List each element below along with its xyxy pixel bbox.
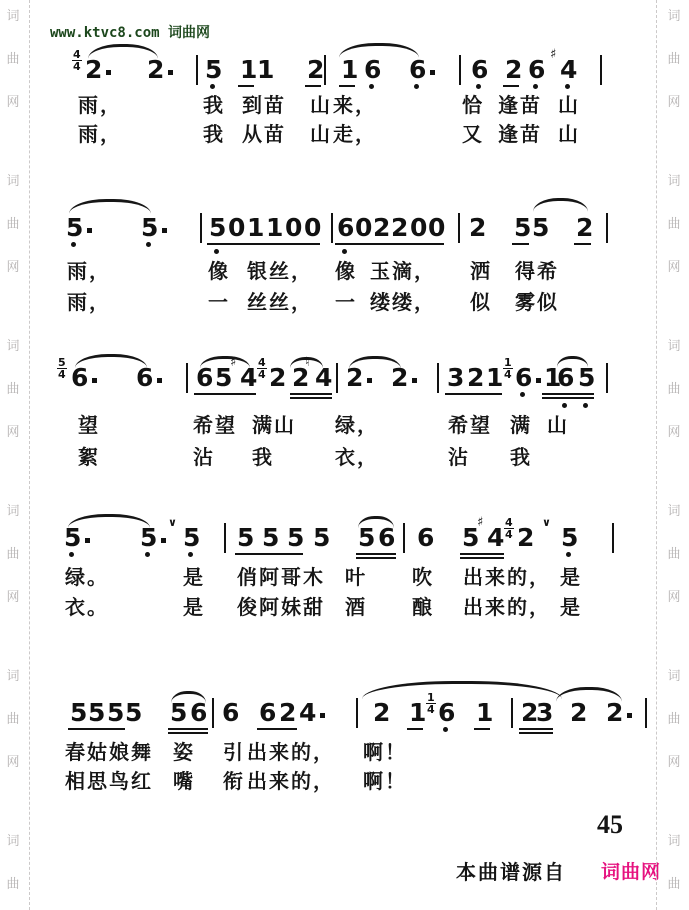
jianpu-note: 6: [196, 366, 213, 390]
jianpu-note: 5: [237, 526, 254, 550]
jianpu-note: 2: [391, 216, 408, 240]
border-watermark-char: 网: [666, 751, 682, 770]
bar-line: [186, 363, 188, 393]
beam-line: [68, 728, 125, 730]
border-watermark-char: 词: [666, 500, 682, 519]
lyric-text: 缕缕，: [370, 292, 436, 314]
lyric-text: 似: [470, 292, 492, 314]
lyric-text: 一: [208, 292, 230, 314]
augmentation-dot: [162, 228, 167, 233]
lyric-text: 从苗: [242, 124, 286, 146]
border-watermark-char: 曲: [5, 48, 21, 67]
jianpu-note: 3: [536, 701, 553, 725]
lyric-text: 走，: [333, 124, 377, 146]
bar-line: [224, 523, 226, 553]
low-octave-dot: [369, 84, 374, 89]
jianpu-note: 6: [471, 58, 488, 82]
sheet-music-page: www.ktvc8.com 词曲网 45 本曲谱源自 词曲网 词词曲曲网网词词曲…: [0, 0, 689, 910]
border-watermark-char: 曲: [5, 873, 21, 892]
jianpu-note: 6: [528, 58, 545, 82]
border-watermark-char: 词: [5, 830, 21, 849]
bar-line: [612, 523, 614, 553]
jianpu-note: 1: [409, 701, 426, 725]
jianpu-note: 5: [141, 216, 167, 240]
jianpu-note: 6: [71, 366, 97, 390]
lyric-text: 我: [203, 124, 225, 146]
slur-arc: [88, 44, 158, 59]
jianpu-note: ♯4: [487, 526, 504, 550]
border-dashed-line-left: [29, 0, 30, 910]
jianpu-note: 5: [532, 216, 549, 240]
jianpu-note: 1: [266, 216, 283, 240]
lyric-text: 叶: [345, 567, 367, 589]
beam-line: [512, 243, 529, 245]
bar-line: [324, 55, 326, 85]
jianpu-note: 5: [64, 526, 90, 550]
bar-line: [200, 213, 202, 243]
beam-line: [503, 85, 519, 87]
lyric-text: 俊阿妹甜: [237, 597, 325, 619]
jianpu-note: ♯4: [240, 366, 257, 390]
lyric-text: 出来的，: [463, 567, 551, 589]
lyric-text: 出来的，: [247, 742, 335, 764]
bar-line: [458, 213, 460, 243]
lyric-text: 山: [558, 124, 580, 146]
lyric-text: 酿: [412, 597, 434, 619]
border-watermark-char: 词: [666, 170, 682, 189]
lyric-text: 山: [310, 95, 332, 117]
lyric-text: 希望: [193, 415, 237, 437]
jianpu-note: 2: [517, 526, 534, 550]
lyric-text: 絮: [78, 447, 100, 469]
slur-arc: [349, 356, 401, 369]
border-watermark-char: 曲: [5, 213, 21, 232]
lyric-text: 雨，: [78, 124, 122, 146]
low-octave-dot: [146, 242, 151, 247]
lyric-text: 雨，: [67, 261, 111, 283]
border-watermark-char: 曲: [666, 708, 682, 727]
lyric-text: 是: [183, 567, 205, 589]
beam-line: [445, 393, 502, 395]
low-octave-dot: [214, 249, 219, 254]
jianpu-note: 0: [428, 216, 445, 240]
slur-arc: [362, 681, 562, 699]
slur-arc: [200, 356, 250, 368]
jianpu-note: 0: [410, 216, 427, 240]
border-watermark-char: 曲: [5, 708, 21, 727]
border-watermark-char: 词: [5, 335, 21, 354]
lyric-text: 逢苗: [498, 124, 542, 146]
lyric-text: 山: [558, 95, 580, 117]
jianpu-note: 2: [391, 366, 417, 390]
lyric-text: 我: [203, 95, 225, 117]
beam-line: [238, 85, 254, 87]
beam-line: [235, 553, 303, 555]
lyric-text: 我: [252, 447, 274, 469]
augmentation-dot: [367, 378, 372, 383]
jianpu-note: 2: [467, 366, 484, 390]
lyric-text: 洒: [470, 261, 492, 283]
jianpu-note: 5: [140, 526, 166, 550]
page-number: 45: [597, 810, 623, 840]
bar-line: [511, 698, 513, 728]
jianpu-note: 6: [259, 701, 276, 725]
jianpu-note: 5: [183, 526, 200, 550]
low-octave-dot: [188, 552, 193, 557]
beam-line: [207, 243, 320, 245]
lyric-text: 到苗: [242, 95, 286, 117]
jianpu-note: 5: [358, 526, 375, 550]
jianpu-note: 2: [576, 216, 593, 240]
jianpu-note: 5: [107, 701, 124, 725]
beam-line: [257, 728, 297, 730]
bar-line: [645, 698, 647, 728]
augmentation-dot: [92, 378, 97, 383]
lyric-text: 吹: [412, 567, 434, 589]
bar-line: [606, 213, 608, 243]
beam-line: [519, 728, 553, 734]
lyric-text: 是: [560, 567, 582, 589]
lyric-text: 又: [462, 124, 484, 146]
low-octave-dot: [342, 249, 347, 254]
time-signature-denominator: 4: [258, 370, 266, 379]
jianpu-note: 5: [66, 216, 92, 240]
jianpu-note: 2: [373, 701, 390, 725]
low-octave-dot: [414, 84, 419, 89]
bar-line: [437, 363, 439, 393]
lyric-text: 姿: [173, 742, 195, 764]
breath-mark: ∨: [542, 516, 551, 529]
beam-line: [407, 728, 423, 730]
border-watermark-char: 网: [5, 91, 21, 110]
low-octave-dot: [562, 403, 567, 408]
lyric-text: 春姑娘舞: [65, 742, 153, 764]
jianpu-note: 2: [570, 701, 587, 725]
accidental-sign: ♯: [477, 517, 483, 529]
jianpu-note: 5: [514, 216, 531, 240]
lyric-text: 像: [208, 261, 230, 283]
slur-arc: [171, 691, 206, 703]
augmentation-dot: [627, 713, 632, 718]
time-signature-denominator: 4: [504, 370, 512, 379]
jianpu-note: 6: [337, 216, 354, 240]
lyric-text: 雨，: [78, 95, 122, 117]
low-octave-dot: [533, 84, 538, 89]
lyric-text: 恰: [462, 95, 484, 117]
border-watermark-char: 曲: [5, 543, 21, 562]
augmentation-dot: [85, 538, 90, 543]
jianpu-note: 6: [417, 526, 434, 550]
jianpu-note: 6: [515, 366, 541, 390]
jianpu-note: 5: [561, 526, 578, 550]
time-signature: 44: [504, 518, 514, 539]
augmentation-dot: [157, 378, 162, 383]
jianpu-note: 5: [205, 58, 222, 82]
border-watermark-char: 曲: [666, 378, 682, 397]
jianpu-note: ♮4: [315, 366, 332, 390]
bar-line: [356, 698, 358, 728]
jianpu-note: 5: [287, 526, 304, 550]
beam-line: [168, 728, 208, 734]
border-watermark-char: 曲: [666, 543, 682, 562]
bar-line: [212, 698, 214, 728]
footer-source-label: 本曲谱源自: [456, 856, 566, 885]
augmentation-dot: [320, 713, 325, 718]
beam-line: [460, 553, 504, 559]
jianpu-note: 6: [409, 58, 435, 82]
lyric-text: 丝丝，: [247, 292, 313, 314]
border-watermark-char: 曲: [5, 378, 21, 397]
border-watermark-char: 网: [666, 586, 682, 605]
jianpu-note: 4: [299, 701, 325, 725]
beam-line: [194, 393, 256, 395]
jianpu-note: 6: [364, 58, 381, 82]
jianpu-note: 1: [476, 701, 493, 725]
lyric-text: 酒: [345, 597, 367, 619]
lyric-text: 希望: [448, 415, 492, 437]
lyric-text: 嘴: [173, 771, 195, 793]
border-dashed-line-right: [656, 0, 657, 910]
jianpu-note: 0: [304, 216, 321, 240]
border-watermark-char: 词: [666, 665, 682, 684]
jianpu-note: 5: [313, 526, 330, 550]
jianpu-note: 2: [307, 58, 324, 82]
beam-line: [356, 553, 396, 559]
footer-site-link[interactable]: 词曲网: [601, 857, 661, 884]
border-watermark-char: 网: [5, 421, 21, 440]
lyric-text: 望: [78, 415, 100, 437]
lyric-text: 玉滴，: [370, 261, 436, 283]
border-watermark-char: 曲: [666, 213, 682, 232]
augmentation-dot: [168, 70, 173, 75]
lyric-text: 逢苗: [498, 95, 542, 117]
low-octave-dot: [583, 403, 588, 408]
lyric-text: 得希: [515, 261, 559, 283]
lyric-text: 啊！: [363, 742, 407, 764]
lyric-text: 一: [335, 292, 357, 314]
jianpu-note: 2: [279, 701, 296, 725]
slur-arc: [290, 357, 323, 368]
border-watermark-char: 词: [5, 665, 21, 684]
beam-line: [339, 85, 355, 87]
lyric-text: 衔: [223, 771, 245, 793]
slur-arc: [358, 516, 394, 528]
lyric-text: 绿。: [65, 567, 109, 589]
jianpu-note: 2: [346, 366, 372, 390]
lyric-text: 俏阿哥木: [237, 567, 325, 589]
jianpu-note: 6: [378, 526, 395, 550]
low-octave-dot: [520, 392, 525, 397]
augmentation-dot: [430, 70, 435, 75]
low-octave-dot: [566, 552, 571, 557]
beam-line: [305, 85, 321, 87]
time-signature-denominator: 4: [505, 530, 513, 539]
jianpu-note: 3: [447, 366, 464, 390]
border-watermark-char: 网: [666, 91, 682, 110]
jianpu-note: 0: [228, 216, 245, 240]
time-signature: 54: [57, 358, 67, 379]
bar-line: [331, 213, 333, 243]
slur-arc: [557, 356, 588, 367]
time-signature: 44: [72, 50, 82, 71]
jianpu-note: 5: [125, 701, 142, 725]
time-signature-denominator: 4: [73, 62, 81, 71]
slur-arc: [556, 687, 622, 702]
jianpu-note: 5: [578, 366, 595, 390]
lyric-text: 是: [183, 597, 205, 619]
jianpu-note: 5: [262, 526, 279, 550]
border-watermark-char: 曲: [666, 48, 682, 67]
jianpu-note: 2: [469, 216, 486, 240]
low-octave-dot: [69, 552, 74, 557]
lyric-text: 沾: [193, 447, 215, 469]
jianpu-note: 1: [240, 58, 257, 82]
jianpu-note: 2: [147, 58, 173, 82]
lyric-text: 像: [335, 261, 357, 283]
bar-line: [459, 55, 461, 85]
jianpu-note: 2: [269, 366, 286, 390]
bar-line: [403, 523, 405, 553]
beam-line: [335, 243, 444, 245]
low-octave-dot: [476, 84, 481, 89]
lyric-text: 来，: [333, 95, 377, 117]
lyric-text: 满: [510, 415, 532, 437]
jianpu-note: 0: [285, 216, 302, 240]
beam-line: [574, 243, 591, 245]
jianpu-note: 1: [247, 216, 264, 240]
jianpu-note: 2: [85, 58, 111, 82]
jianpu-note: 6: [557, 366, 574, 390]
bar-line: [606, 363, 608, 393]
low-octave-dot: [71, 242, 76, 247]
border-watermark-char: 词: [5, 170, 21, 189]
lyric-text: 银丝，: [247, 261, 313, 283]
border-watermark-char: 网: [5, 751, 21, 770]
time-signature-denominator: 4: [58, 370, 66, 379]
border-watermark-char: 网: [666, 421, 682, 440]
augmentation-dot: [161, 538, 166, 543]
border-watermark-char: 词: [666, 830, 682, 849]
accidental-sign: ♯: [550, 49, 556, 61]
lyric-text: 雨，: [67, 292, 111, 314]
watermark-text: www.ktvc8.com 词曲网: [50, 22, 210, 42]
lyric-text: 出来的，: [247, 771, 335, 793]
jianpu-note: 2: [373, 216, 390, 240]
lyric-text: 是: [560, 597, 582, 619]
jianpu-note: 6: [438, 701, 455, 725]
jianpu-note: 0: [355, 216, 372, 240]
augmentation-dot: [412, 378, 417, 383]
border-watermark-char: 词: [5, 5, 21, 24]
augmentation-dot: [106, 70, 111, 75]
border-watermark-char: 网: [5, 256, 21, 275]
border-watermark-char: 曲: [666, 873, 682, 892]
slur-arc: [68, 514, 150, 528]
slur-arc: [69, 199, 151, 214]
low-octave-dot: [443, 727, 448, 732]
jianpu-note: ♯4: [560, 58, 577, 82]
slur-arc: [75, 354, 147, 368]
jianpu-note: 1: [486, 366, 503, 390]
time-signature: 44: [257, 358, 267, 379]
lyric-text: 绿，: [335, 415, 379, 437]
jianpu-note: 1: [341, 58, 358, 82]
augmentation-dot: [536, 378, 541, 383]
jianpu-note: 6: [136, 366, 162, 390]
lyric-text: 引: [223, 742, 245, 764]
time-signature: 14: [503, 358, 513, 379]
lyric-text: 出来的，: [463, 597, 551, 619]
jianpu-note: 2: [606, 701, 632, 725]
lyric-text: 衣，: [335, 447, 379, 469]
border-watermark-char: 网: [666, 256, 682, 275]
lyric-text: 山: [310, 124, 332, 146]
time-signature-denominator: 4: [427, 705, 435, 714]
bar-line: [336, 363, 338, 393]
lyric-text: 相思鸟红: [65, 771, 153, 793]
bar-line: [600, 55, 602, 85]
lyric-text: 沾: [448, 447, 470, 469]
lyric-text: 啊！: [363, 771, 407, 793]
low-octave-dot: [565, 84, 570, 89]
lyric-text: 我: [510, 447, 532, 469]
lyric-text: 衣。: [65, 597, 109, 619]
lyric-text: 雾似: [515, 292, 559, 314]
border-watermark-char: 词: [5, 500, 21, 519]
augmentation-dot: [87, 228, 92, 233]
beam-line: [542, 393, 594, 399]
slur-arc: [339, 43, 419, 58]
bar-line: [196, 55, 198, 85]
border-watermark-char: 词: [666, 5, 682, 24]
jianpu-note: 6: [222, 701, 239, 725]
jianpu-note: 5: [209, 216, 226, 240]
slur-arc: [533, 198, 588, 212]
jianpu-note: 5: [88, 701, 105, 725]
low-octave-dot: [210, 84, 215, 89]
border-watermark-char: 网: [5, 586, 21, 605]
beam-line: [474, 728, 490, 730]
border-watermark-char: 词: [666, 335, 682, 354]
beam-line: [290, 393, 332, 399]
lyric-text: 山: [547, 415, 569, 437]
breath-mark: ∨: [168, 516, 177, 529]
jianpu-note: 2: [505, 58, 522, 82]
jianpu-note: 5: [170, 701, 187, 725]
jianpu-note: 1: [257, 58, 274, 82]
jianpu-note: 6: [190, 701, 207, 725]
lyric-text: 满山: [252, 415, 296, 437]
low-octave-dot: [145, 552, 150, 557]
jianpu-note: 5: [70, 701, 87, 725]
